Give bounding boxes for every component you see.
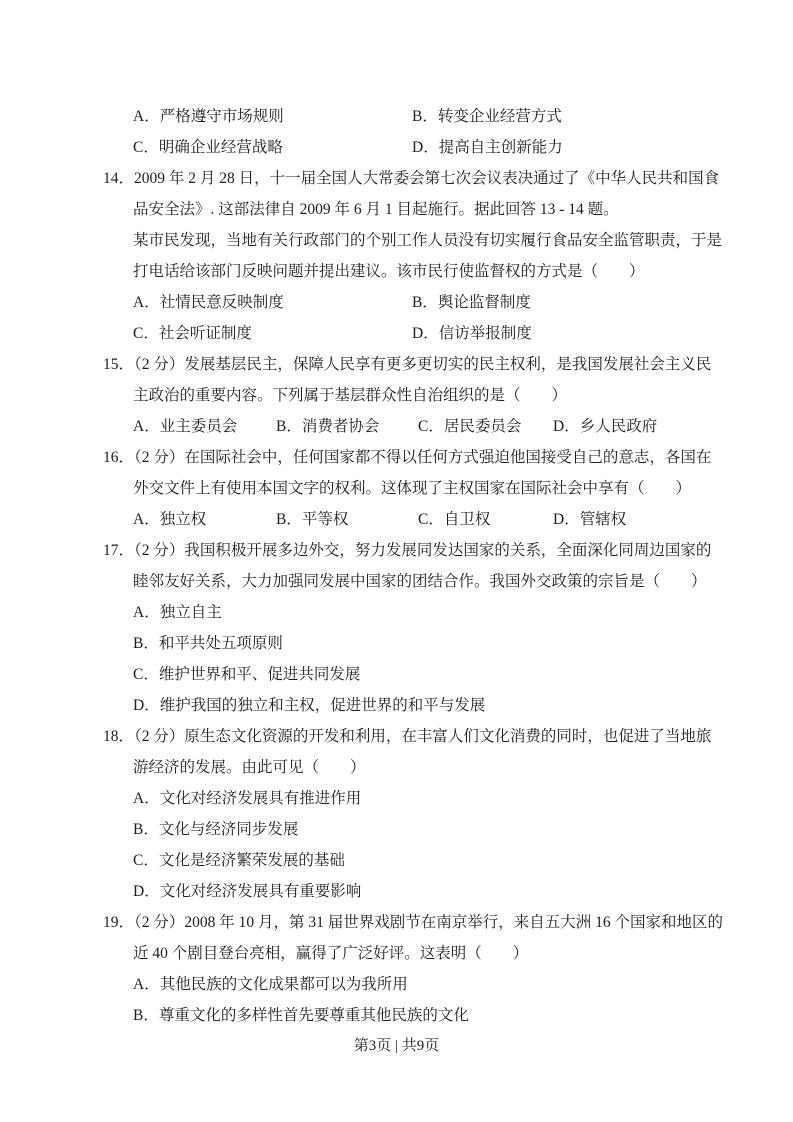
question-17-line-1: 17．（2 分）我国积极开展多边外交，努力发展同发达国家的关系，全面深化同周边国… bbox=[103, 535, 695, 566]
question-16-line-2: 外交文件上有使用本国文字的权利。这体现了主权国家在国际社会中享有（ ） bbox=[103, 473, 695, 504]
question-19-line-1: 19．（2 分）2008 年 10 月，第 31 届世界戏剧节在南京举行，来自五… bbox=[103, 907, 695, 938]
exam-page: A．严格遵守市场规则 B．转变企业经营方式 C．明确企业经营战略 D．提高自主创… bbox=[0, 0, 793, 1122]
q14-option-d: D．信访举报制度 bbox=[412, 318, 532, 349]
q14-options-row2: C．社会听证制度 D．信访举报制度 bbox=[103, 318, 695, 349]
q13-option-d: D．提高自主创新能力 bbox=[412, 132, 563, 163]
question-15-line-2: 主政治的重要内容。下列属于基层群众性自治组织的是（ ） bbox=[103, 380, 695, 411]
q16-option-b: B．平等权 bbox=[276, 504, 418, 535]
question-15-line-1: 15．（2 分）发展基层民主，保障人民享有更多更切实的民主权利，是我国发展社会主… bbox=[103, 349, 695, 380]
q17-option-d: D．维护我国的独立和主权，促进世界的和平与发展 bbox=[103, 690, 695, 721]
q13-option-b: B．转变企业经营方式 bbox=[412, 101, 562, 132]
q15-option-b: B．消费者协会 bbox=[276, 411, 418, 442]
q14-options-row1: A．社情民意反映制度 B．舆论监督制度 bbox=[103, 287, 695, 318]
q18-option-c: C．文化是经济繁荣发展的基础 bbox=[103, 845, 695, 876]
q15-option-c: C．居民委员会 bbox=[418, 411, 553, 442]
page-footer: 第3页 | 共9页 bbox=[0, 1031, 793, 1062]
q15-option-d: D．乡人民政府 bbox=[553, 411, 657, 442]
question-14-stem-line-2: 打电话给该部门反映问题并提出建议。该市民行使监督权的方式是（ ） bbox=[103, 256, 695, 287]
question-18-line-1: 18．（2 分）原生态文化资源的开发和利用，在丰富人们文化消费的同时，也促进了当… bbox=[103, 721, 695, 752]
q16-option-c: C．自卫权 bbox=[418, 504, 553, 535]
q15-option-a: A．业主委员会 bbox=[133, 411, 276, 442]
q13-options-row2: C．明确企业经营战略 D．提高自主创新能力 bbox=[103, 132, 695, 163]
q18-option-a: A．文化对经济发展具有推进作用 bbox=[103, 783, 695, 814]
q14-option-c: C．社会听证制度 bbox=[133, 318, 412, 349]
question-18-line-2: 游经济的发展。由此可见（ ） bbox=[103, 752, 695, 783]
q17-option-c: C．维护世界和平、促进共同发展 bbox=[103, 659, 695, 690]
q16-option-a: A．独立权 bbox=[133, 504, 276, 535]
q18-option-b: B．文化与经济同步发展 bbox=[103, 814, 695, 845]
q16-options-row: A．独立权 B．平等权 C．自卫权 D．管辖权 bbox=[103, 504, 695, 535]
q17-option-a: A．独立自主 bbox=[103, 597, 695, 628]
question-17-line-2: 睦邻友好关系，大力加强同发展中国家的团结合作。我国外交政策的宗旨是（ ） bbox=[103, 566, 695, 597]
q18-option-d: D．文化对经济发展具有重要影响 bbox=[103, 876, 695, 907]
q13-option-c: C．明确企业经营战略 bbox=[133, 132, 412, 163]
question-19-line-2: 近 40 个剧目登台亮相，赢得了广泛好评。这表明（ ） bbox=[103, 938, 695, 969]
q17-option-b: B．和平共处五项原则 bbox=[103, 628, 695, 659]
q16-option-d: D．管辖权 bbox=[553, 504, 626, 535]
q19-option-a: A．其他民族的文化成果都可以为我所用 bbox=[103, 969, 695, 1000]
q15-options-row: A．业主委员会 B．消费者协会 C．居民委员会 D．乡人民政府 bbox=[103, 411, 695, 442]
q13-options-row1: A．严格遵守市场规则 B．转变企业经营方式 bbox=[103, 101, 695, 132]
question-14-line-2: 品安全法》. 这部法律自 2009 年 6 月 1 目起施行。据此回答 13 -… bbox=[103, 194, 695, 225]
q14-option-b: B．舆论监督制度 bbox=[412, 287, 531, 318]
exam-content: A．严格遵守市场规则 B．转变企业经营方式 C．明确企业经营战略 D．提高自主创… bbox=[103, 101, 695, 1031]
question-16-line-1: 16．（2 分）在国际社会中，任何国家都不得以任何方式强迫他国接受自己的意志，各… bbox=[103, 442, 695, 473]
q13-option-a: A．严格遵守市场规则 bbox=[133, 101, 412, 132]
question-14-line-1: 14．2009 年 2 月 28 日，十一届全国人大常委会第七次会议表决通过了《… bbox=[103, 163, 695, 194]
q19-option-b: B．尊重文化的多样性首先要尊重其他民族的文化 bbox=[103, 1000, 695, 1031]
question-14-stem-line-1: 某市民发现，当地有关行政部门的个别工作人员没有切实履行食品安全监管职责，于是 bbox=[103, 225, 695, 256]
q14-option-a: A．社情民意反映制度 bbox=[133, 287, 412, 318]
